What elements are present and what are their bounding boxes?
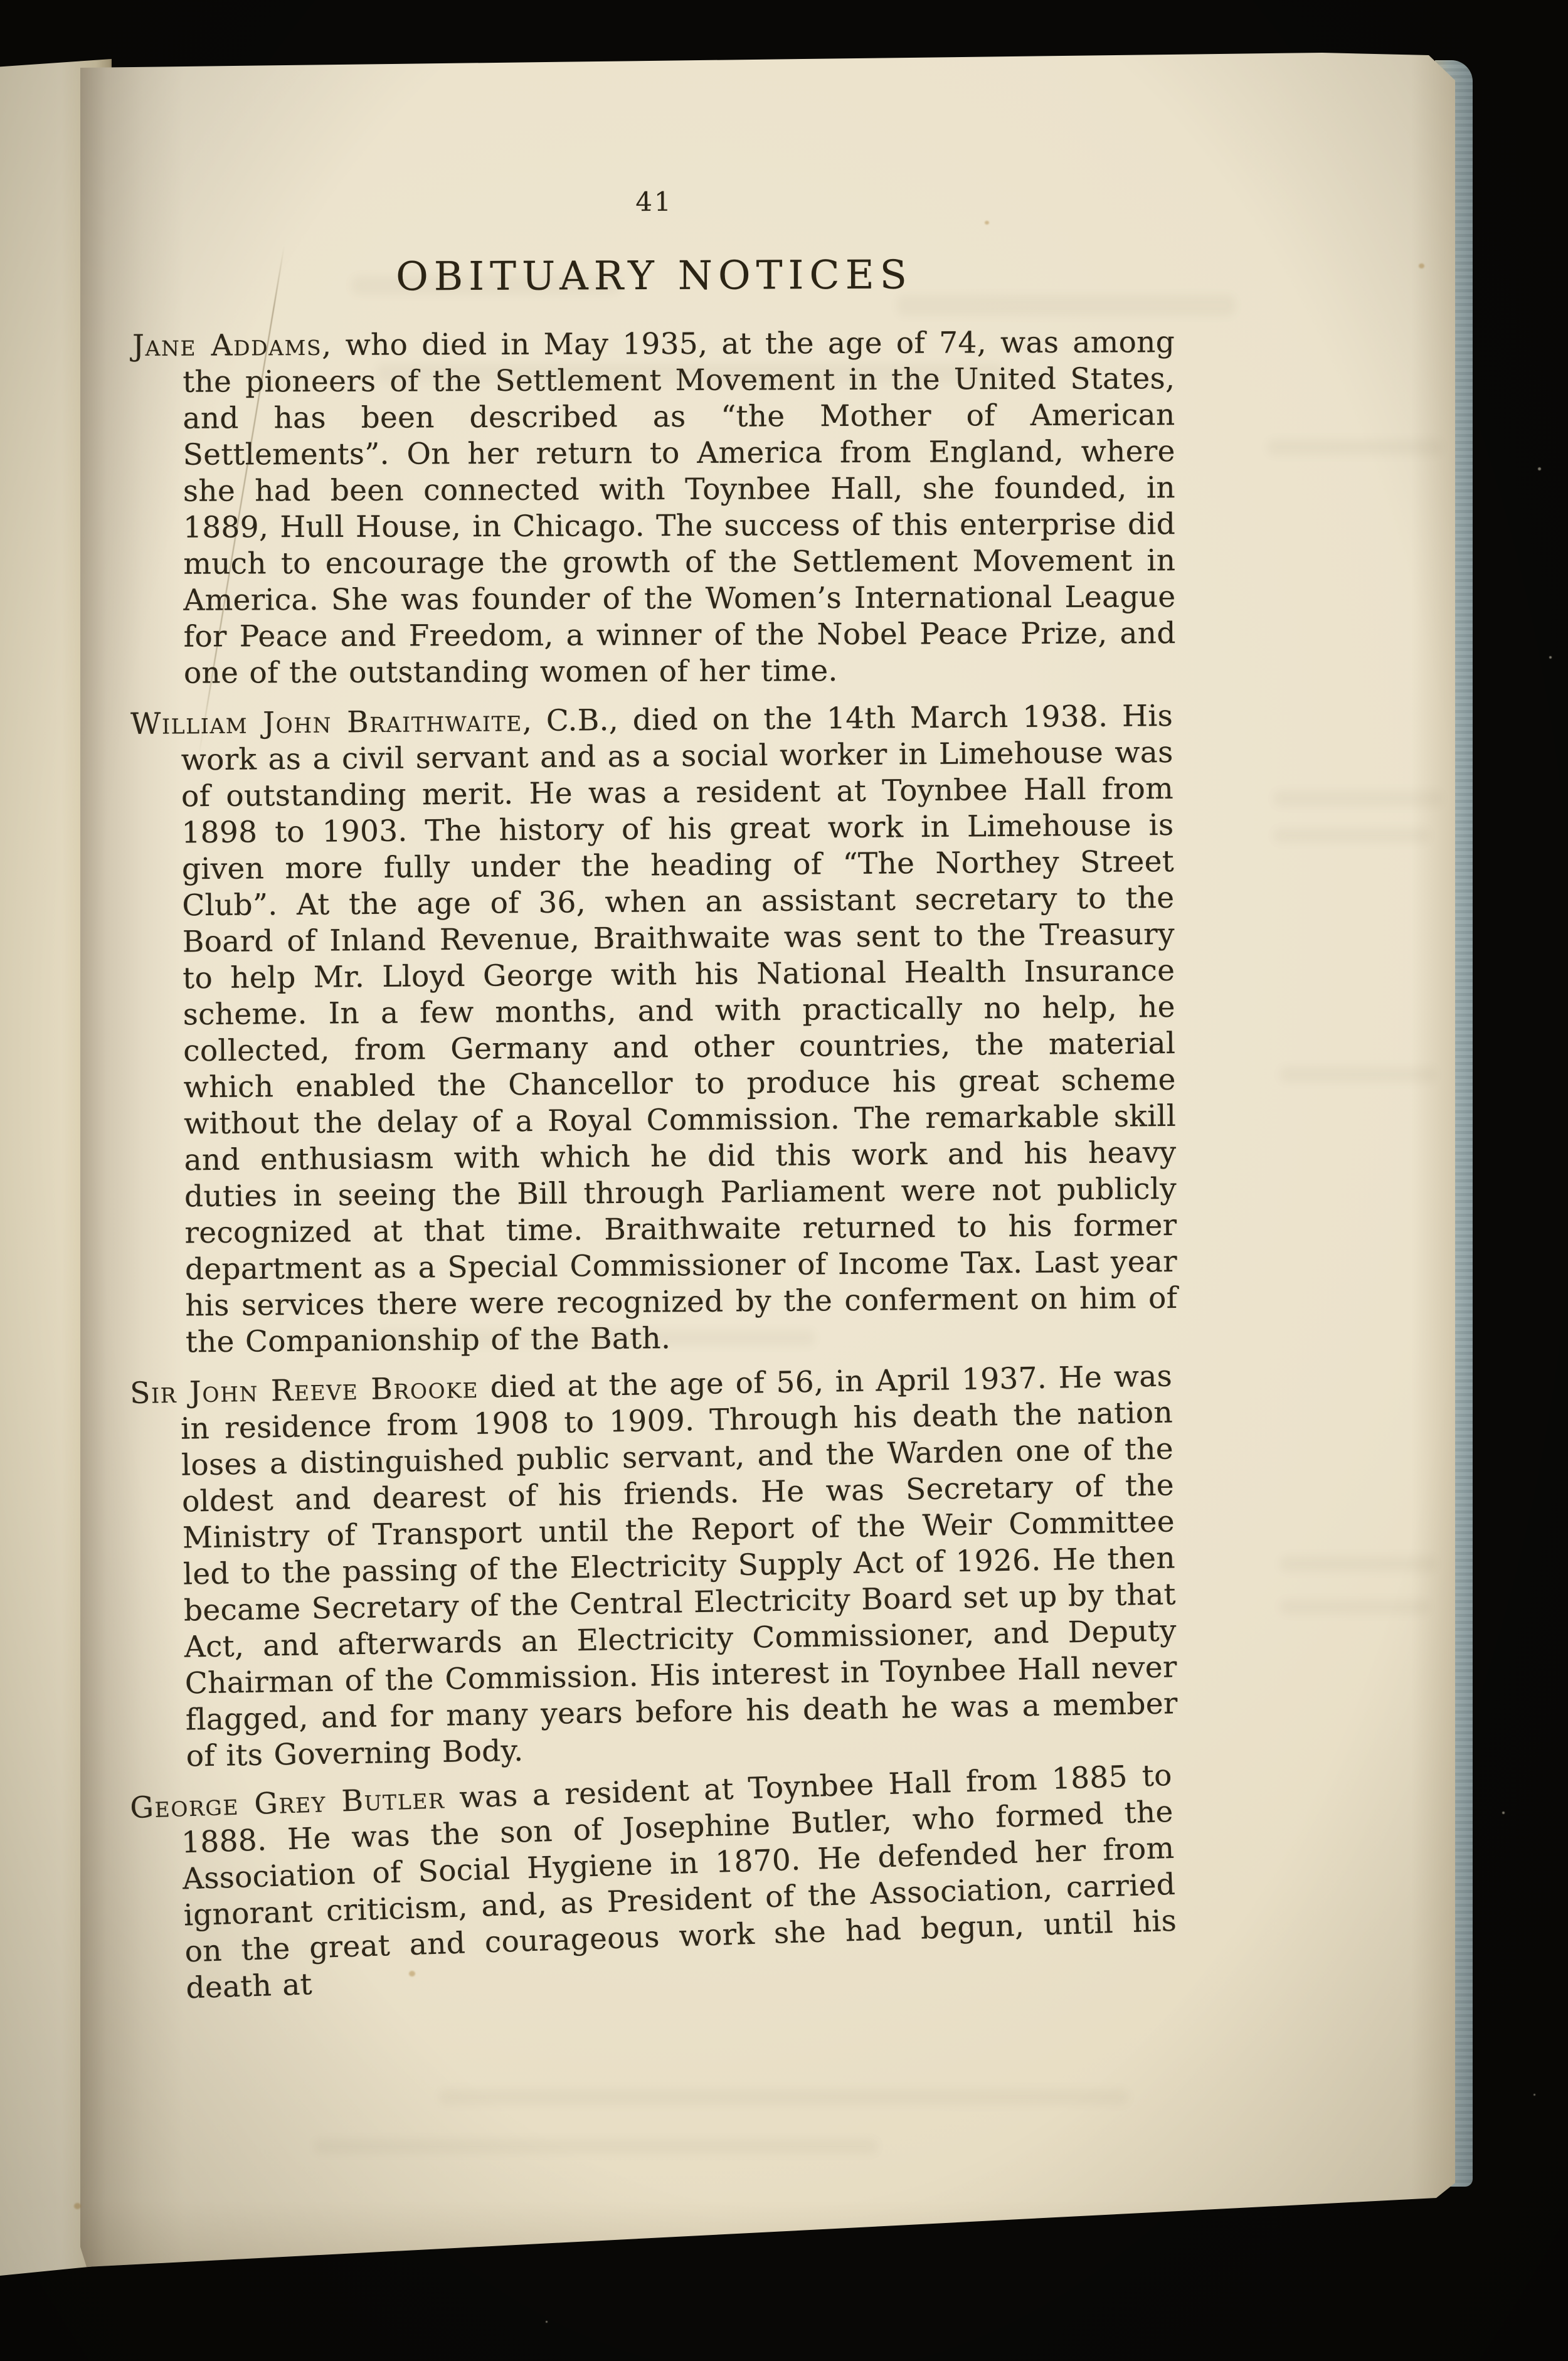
dust-speck: [546, 2321, 548, 2323]
obituary-name: Sir John Reeve Brooke: [130, 1371, 479, 1411]
dust-speck: [1538, 467, 1541, 470]
obituary-name: William John Braithwaite: [130, 704, 522, 741]
page-content: 41 OBITUARY NOTICES Jane Addams, who die…: [133, 184, 1175, 2023]
page-number: 41: [133, 183, 1175, 221]
dust-speck: [1502, 1812, 1505, 1814]
obituary-text: died at the age of 56, in April 1937. He…: [181, 1359, 1178, 1773]
book-photograph: 41 OBITUARY NOTICES Jane Addams, who die…: [0, 0, 1568, 2361]
obituary-entry-john-brooke: Sir John Reeve Brooke died at the age of…: [130, 1358, 1179, 1775]
obituary-entry-george-butler: George Grey Butler was a resident at Toy…: [130, 1758, 1179, 2008]
dust-speck: [1549, 656, 1552, 659]
obituary-text: , who died in May 1935, at the age of 74…: [183, 325, 1176, 691]
obituary-name: Jane Addams: [132, 328, 322, 363]
page-title: OBITUARY NOTICES: [133, 251, 1175, 301]
obituary-text: , C.B., died on the 14th March 1938. His…: [181, 699, 1177, 1359]
obituary-entry-jane-addams: Jane Addams, who died in May 1935, at th…: [132, 324, 1176, 692]
obituary-entry-william-braithwaite: William John Braithwaite, C.B., died on …: [130, 698, 1178, 1361]
dust-speck: [1534, 2094, 1535, 2096]
